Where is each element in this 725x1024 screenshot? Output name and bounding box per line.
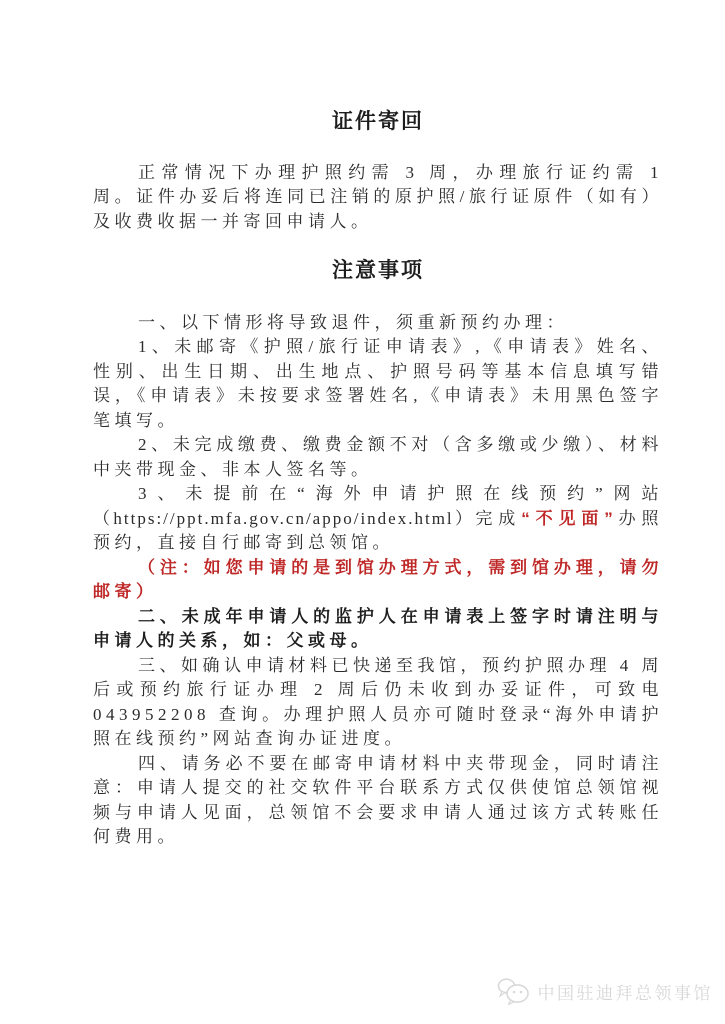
footer-watermark: 中国驻迪拜总领事馆	[497, 977, 714, 1005]
rule1-heading: 一、以下情形将导致退件，须重新预约办理：	[93, 311, 663, 336]
wechat-icon	[497, 977, 531, 1005]
rule4-paragraph: 四、请务必不要在邮寄申请材料中夹带现金，同时请注意：申请人提交的社交软件平台联系…	[93, 752, 663, 850]
appointment-website-url: （https://ppt.mfa.gov.cn/appo/index.html）	[93, 509, 475, 528]
rule3-paragraph: 三、如确认申请材料已快递至我馆，预约护照办理 4 周后或预约旅行证办理 2 周后…	[93, 654, 663, 752]
intro-paragraph: 正常情况下办理护照约需 3 周，办理旅行证约需 1 周。证件办妥后将连同已注销的…	[93, 161, 663, 235]
article-page: 证件寄回 正常情况下办理护照约需 3 周，办理旅行证约需 1 周。证件办妥后将连…	[0, 0, 725, 1024]
document-title: 证件寄回	[93, 110, 663, 135]
rule1-item3-text: 3、未提前在“海外申请护照在线预约”网站	[138, 484, 663, 503]
rule2-paragraph: 二、未成年申请人的监护人在申请表上签字时请注明与申请人的关系，如：父或母。	[93, 605, 663, 654]
rule1-item3: 3、未提前在“海外申请护照在线预约”网站（https://ppt.mfa.gov…	[93, 482, 663, 556]
red-warning-note: （注：如您申请的是到馆办理方式，需到馆办理，请勿邮寄）	[93, 556, 663, 605]
rule1-item1: 1、未邮寄《护照/旅行证申请表》,《申请表》姓名、性别、出生日期、出生地点、护照…	[93, 335, 663, 433]
no-meeting-highlight: “不见面”	[521, 509, 617, 528]
rule1-item3-mid: 完成	[475, 509, 521, 528]
consulate-watermark-text: 中国驻迪拜总领事馆	[538, 979, 714, 1004]
section-heading-notes: 注意事项	[93, 259, 663, 284]
document-body: 证件寄回 正常情况下办理护照约需 3 周，办理旅行证约需 1 周。证件办妥后将连…	[93, 110, 663, 850]
rule1-item2: 2、未完成缴费、缴费金额不对（含多缴或少缴）、材料中夹带现金、非本人签名等。	[93, 433, 663, 482]
